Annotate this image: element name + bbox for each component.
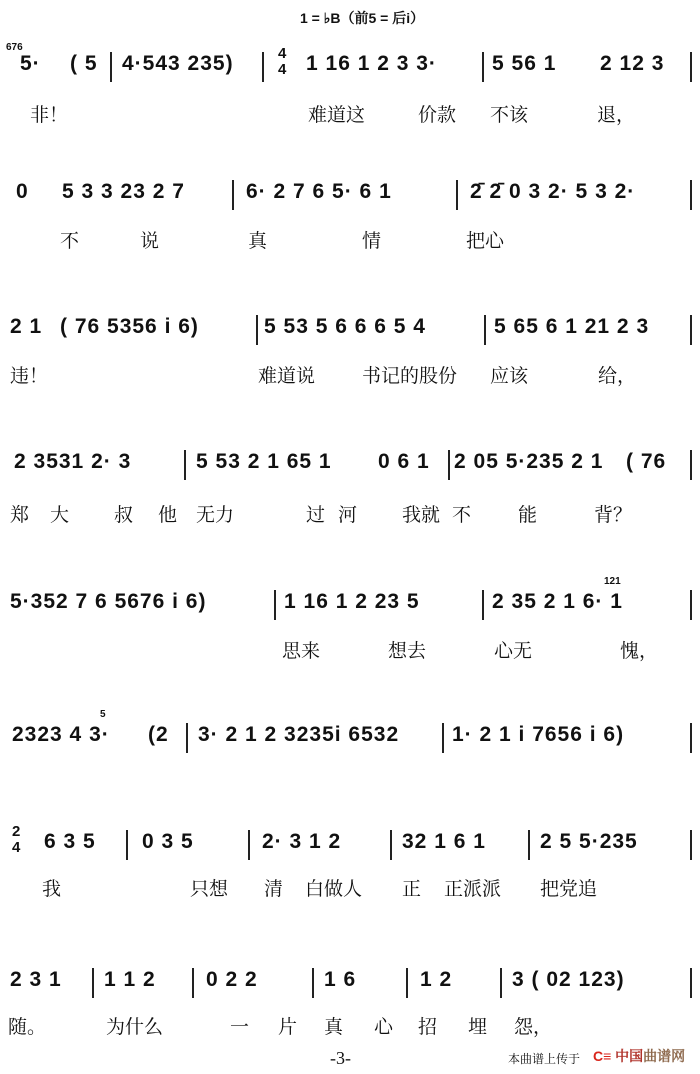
lyric: 把心 (466, 226, 504, 253)
lyric: 他 (158, 500, 177, 527)
note-group: 0 2 2 (206, 968, 258, 992)
barline (126, 830, 128, 860)
note-group: 2 1 (10, 315, 42, 339)
note-group: 5 3 3 23 2 7 (62, 180, 185, 204)
lyric: 我就 (402, 500, 440, 527)
key-signature: 1 = ♭B（前5 = 后i） (300, 8, 424, 28)
lyric: 河 (338, 500, 357, 527)
barline (690, 830, 692, 860)
note-group: 5 56 1 (492, 52, 556, 76)
lyric: 随。 (8, 1012, 46, 1039)
lyric: 真 (248, 226, 267, 253)
page-number: -3- (330, 1048, 351, 1069)
logo-mark-icon: C≡ (593, 1048, 611, 1064)
lyric: 愧， (620, 636, 658, 663)
time-signature: 24 (12, 824, 20, 856)
lyric: 招 (418, 1012, 437, 1039)
logo-text-b: 曲谱网 (643, 1048, 685, 1064)
lyric: 情 (362, 226, 381, 253)
lyric: 想去 (388, 636, 426, 663)
note-group: 1 16 1 2 3 3· (306, 52, 437, 76)
note-group: 2̄ 2̄ 0 3 2· 5 3 2· (470, 180, 635, 204)
note-group: 1 6 (324, 968, 356, 992)
lyric: 把党追 (540, 874, 597, 901)
barline (256, 315, 258, 345)
barline (690, 450, 692, 480)
barline (248, 830, 250, 860)
note-group: 0 6 1 (378, 450, 430, 474)
note-group: 1 16 1 2 23 5 (284, 590, 420, 614)
barline (232, 180, 234, 210)
note-group: 32 1 6 1 (402, 830, 486, 854)
site-logo: C≡ 中国曲谱网 (593, 1046, 685, 1066)
barline (390, 830, 392, 860)
note-group: 3· 2 1 2 3235i 6532 (198, 723, 399, 747)
barline (690, 52, 692, 82)
lyric: 难道说 (258, 361, 315, 388)
barline (690, 590, 692, 620)
barline (690, 968, 692, 998)
barline (456, 180, 458, 210)
lyric: 违！ (10, 361, 48, 388)
lyric: 埋 (468, 1012, 487, 1039)
lyric: 难道这 (308, 100, 365, 127)
barline (184, 450, 186, 480)
time-signature: 44 (278, 46, 286, 78)
lyric: 真 (324, 1012, 343, 1039)
lyric: 过 (306, 500, 325, 527)
lyric: 说 (140, 226, 159, 253)
note-group: 1 2 (420, 968, 452, 992)
lyric: 大 (50, 500, 69, 527)
barline (482, 590, 484, 620)
lyric: 片 (278, 1012, 297, 1039)
lyric: 背？ (594, 500, 632, 527)
lyric: 郑 (10, 500, 29, 527)
lyric: 不 (60, 226, 79, 253)
note-group: 5 53 2 1 65 1 (196, 450, 332, 474)
lyric: 心 (374, 1012, 393, 1039)
barline (484, 315, 486, 345)
lyric: 无力 (196, 500, 234, 527)
note-group: ( 5 (70, 52, 98, 76)
barline (448, 450, 450, 480)
barline (500, 968, 502, 998)
lyric: 不该 (490, 100, 528, 127)
note-group: 5 53 5 6 6 6 5 4 (264, 315, 426, 339)
barline (690, 315, 692, 345)
lyric: 价款 (418, 100, 456, 127)
note-group: 2323 4 3· (12, 723, 110, 747)
note-group: 2 05 5·235 2 1 (454, 450, 603, 474)
lyric: 书记的股份 (362, 361, 457, 388)
note-group: 2 5 5·235 (540, 830, 638, 854)
note-group: 6 3 5 (44, 830, 96, 854)
barline (406, 968, 408, 998)
barline (92, 968, 94, 998)
lyric: 正 (402, 874, 421, 901)
lyric: 应该 (490, 361, 528, 388)
barline (110, 52, 112, 82)
note-group: 2 12 3 (600, 52, 664, 76)
note-group: 2· 3 1 2 (262, 830, 341, 854)
lyric: 叔 (114, 500, 133, 527)
note-group: 5 65 6 1 21 2 3 (494, 315, 649, 339)
barline (274, 590, 276, 620)
barline (528, 830, 530, 860)
lyric: 我 (42, 874, 61, 901)
lyric: 给， (598, 361, 636, 388)
barline (690, 180, 692, 210)
lyric: 白做人 (305, 874, 362, 901)
note-group: (2 (148, 723, 169, 747)
lyric: 非！ (30, 100, 68, 127)
upload-credit: 本曲谱上传于 (508, 1050, 580, 1067)
barline (192, 968, 194, 998)
barline (442, 723, 444, 753)
lyric: 为什么 (106, 1012, 163, 1039)
lyric: 正派派 (444, 874, 501, 901)
barline (482, 52, 484, 82)
lyric: 心无 (494, 636, 532, 663)
note-group: 6· 2 7 6 5· 6 1 (246, 180, 392, 204)
barline (312, 968, 314, 998)
note-group: 4·543 235) (122, 52, 234, 76)
note-group: 5· (20, 52, 41, 76)
note-group: ( 76 (626, 450, 666, 474)
note-group: 1· 2 1 i 7656 i 6) (452, 723, 624, 747)
grace-notes: 121 (604, 576, 621, 587)
barline (262, 52, 264, 82)
rest: 0 (16, 180, 29, 204)
lyric: 怨， (514, 1012, 552, 1039)
lyric: 一 (230, 1012, 249, 1039)
lyric: 能 (518, 500, 537, 527)
note-group: 1 1 2 (104, 968, 156, 992)
logo-text-a: 中国 (615, 1048, 643, 1064)
lyric: 不 (452, 500, 471, 527)
note-group: 2 3 1 (10, 968, 62, 992)
barline (690, 723, 692, 753)
lyric: 清 (264, 874, 283, 901)
note-group: 2 3531 2· 3 (14, 450, 131, 474)
note-group: 0 3 5 (142, 830, 194, 854)
grace-notes: 5 (100, 709, 106, 720)
lyric: 退， (597, 100, 635, 127)
lyric: 思来 (282, 636, 320, 663)
note-group: 2 35 2 1 6· 1 (492, 590, 623, 614)
note-group: ( 76 5356 i 6) (60, 315, 199, 339)
barline (186, 723, 188, 753)
note-group: 3 ( 02 123) (512, 968, 625, 992)
note-group: 5·352 7 6 5676 i 6) (10, 590, 206, 614)
lyric: 只想 (190, 874, 228, 901)
